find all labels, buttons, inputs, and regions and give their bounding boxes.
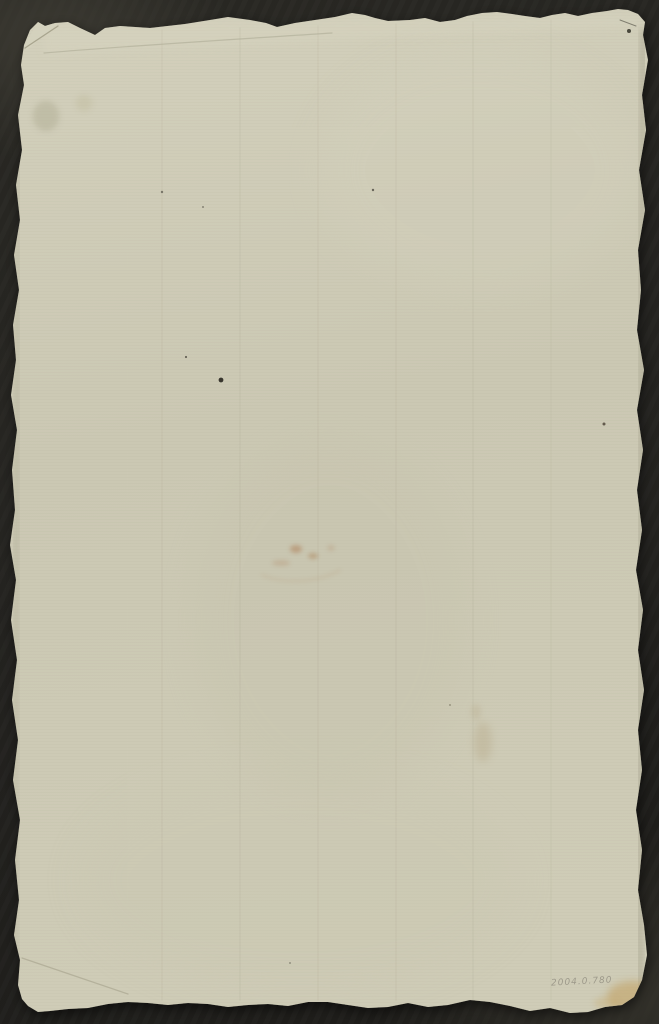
artifact-svg [0, 0, 659, 1024]
speck-3 [202, 206, 204, 208]
rust-stain-4 [327, 545, 335, 551]
tone-patch-top [320, 50, 640, 290]
speck-6 [449, 704, 451, 706]
right-edge-shade [640, 32, 643, 995]
rust-stain-3 [272, 560, 290, 566]
speck-5 [603, 423, 606, 426]
speck-8 [627, 29, 631, 33]
rust-stain-2 [308, 553, 318, 559]
tone-patch-center [190, 440, 470, 800]
speck-7 [289, 962, 291, 964]
speck-1 [185, 356, 187, 358]
corner-stain-2 [594, 997, 618, 1009]
rust-stain-1 [290, 545, 302, 553]
stain-top-left [33, 101, 59, 131]
smudge-stain-2 [471, 704, 481, 720]
smudge-stain [474, 722, 492, 762]
speck-4 [372, 189, 374, 191]
stain-top-left-2 [76, 95, 92, 111]
ink-speck [219, 378, 224, 383]
left-edge-shade [15, 60, 18, 1000]
corner-stain [607, 981, 659, 1013]
photo-backdrop: 2004.0.780 [0, 0, 659, 1024]
tone-patch-bottom [80, 770, 520, 990]
speck-2 [161, 191, 163, 193]
